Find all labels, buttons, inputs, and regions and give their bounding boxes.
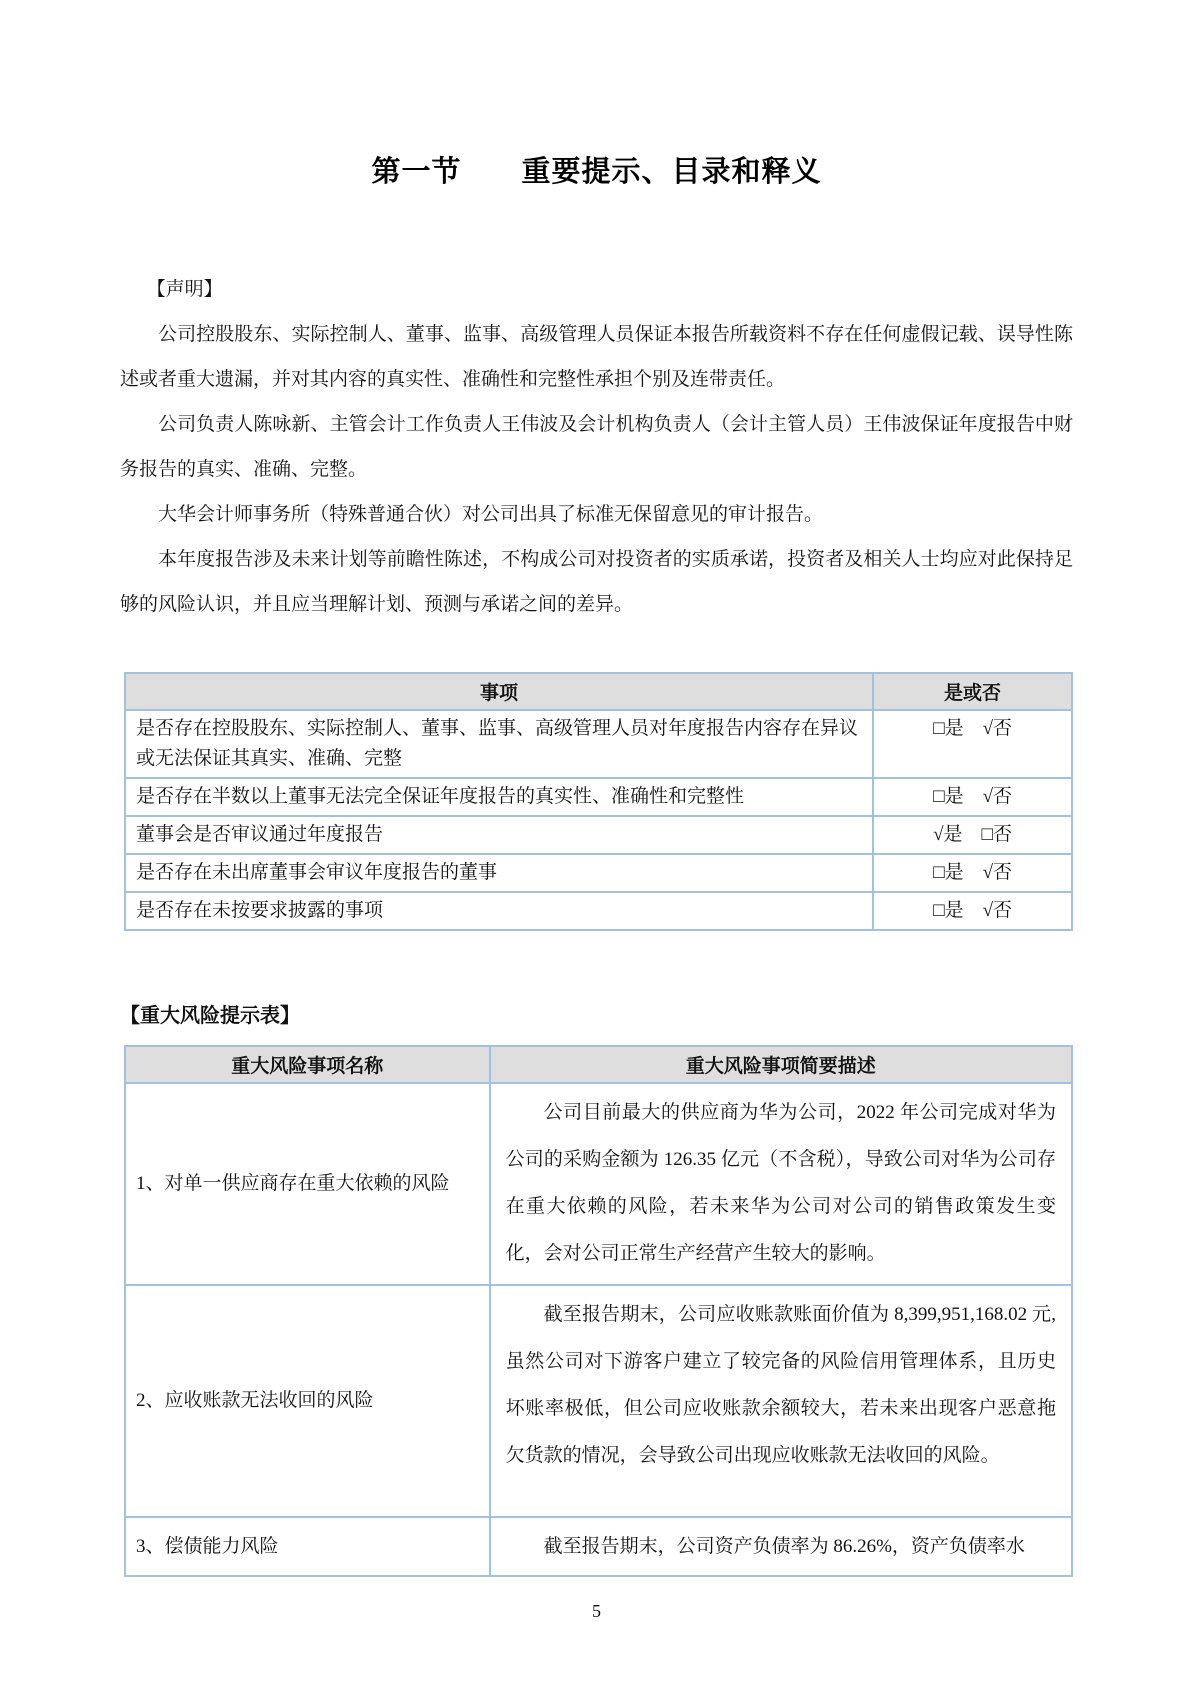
statement-table-header-item: 事项 <box>125 673 873 710</box>
declaration-paragraph: 公司负责人陈咏新、主管会计工作负责人王伟波及会计机构负责人（会计主管人员）王伟波… <box>120 402 1073 492</box>
table-row: 是否存在控股股东、实际控制人、董事、监事、高级管理人员对年度报告内容存在异议或无… <box>125 710 1072 778</box>
risk-table: 重大风险事项名称 重大风险事项简要描述 1、对单一供应商存在重大依赖的风险 公司… <box>124 1045 1073 1577</box>
statement-item: 是否存在半数以上董事无法完全保证年度报告的真实性、准确性和完整性 <box>125 778 873 816</box>
statement-item: 是否存在未出席董事会审议年度报告的董事 <box>125 854 873 892</box>
declaration-paragraph: 本年度报告涉及未来计划等前瞻性陈述，不构成公司对投资者的实质承诺，投资者及相关人… <box>120 537 1073 627</box>
risk-description: 公司目前最大的供应商为华为公司，2022 年公司完成对华为公司的采购金额为 12… <box>490 1083 1072 1285</box>
statement-item: 是否存在控股股东、实际控制人、董事、监事、高级管理人员对年度报告内容存在异议或无… <box>125 710 873 778</box>
table-row: 董事会是否审议通过年度报告 √是 □否 <box>125 816 1072 854</box>
risk-table-header-row: 重大风险事项名称 重大风险事项简要描述 <box>125 1046 1072 1083</box>
risk-section-heading: 【重大风险提示表】 <box>120 1001 1073 1031</box>
table-row: 是否存在未出席董事会审议年度报告的董事 □是 √否 <box>125 854 1072 892</box>
declaration-paragraph: 公司控股股东、实际控制人、董事、监事、高级管理人员保证本报告所载资料不存在任何虚… <box>120 312 1073 402</box>
statement-item: 是否存在未按要求披露的事项 <box>125 892 873 930</box>
statement-item: 董事会是否审议通过年度报告 <box>125 816 873 854</box>
document-page: 第一节 重要提示、目录和释义 【声明】 公司控股股东、实际控制人、董事、监事、高… <box>0 0 1200 1623</box>
statement-table: 事项 是或否 是否存在控股股东、实际控制人、董事、监事、高级管理人员对年度报告内… <box>124 672 1073 931</box>
table-row: 1、对单一供应商存在重大依赖的风险 公司目前最大的供应商为华为公司，2022 年… <box>125 1083 1072 1285</box>
page-number: 5 <box>120 1599 1073 1623</box>
risk-name: 3、偿债能力风险 <box>125 1517 490 1576</box>
statement-answer: □是 √否 <box>873 892 1072 930</box>
table-row: 是否存在半数以上董事无法完全保证年度报告的真实性、准确性和完整性 □是 √否 <box>125 778 1072 816</box>
statement-answer: □是 √否 <box>873 854 1072 892</box>
table-row: 3、偿债能力风险 截至报告期末，公司资产负债率为 86.26%，资产负债率水 <box>125 1517 1072 1576</box>
statement-answer: □是 √否 <box>873 778 1072 816</box>
statement-table-header-answer: 是或否 <box>873 673 1072 710</box>
risk-name: 1、对单一供应商存在重大依赖的风险 <box>125 1083 490 1285</box>
risk-name: 2、应收账款无法收回的风险 <box>125 1285 490 1517</box>
table-row: 是否存在未按要求披露的事项 □是 √否 <box>125 892 1072 930</box>
statement-answer: √是 □否 <box>873 816 1072 854</box>
declaration-heading: 【声明】 <box>120 267 1073 312</box>
section-title: 第一节 重要提示、目录和释义 <box>120 152 1073 192</box>
statement-answer: □是 √否 <box>873 710 1072 778</box>
risk-table-header-desc: 重大风险事项简要描述 <box>490 1046 1072 1083</box>
declaration-paragraph: 大华会计师事务所（特殊普通合伙）对公司出具了标准无保留意见的审计报告。 <box>120 492 1073 537</box>
risk-description: 截至报告期末，公司应收账款账面价值为 8,399,951,168.02 元,虽然… <box>490 1285 1072 1517</box>
risk-description: 截至报告期末，公司资产负债率为 86.26%，资产负债率水 <box>490 1517 1072 1576</box>
statement-table-header-row: 事项 是或否 <box>125 673 1072 710</box>
table-row: 2、应收账款无法收回的风险 截至报告期末，公司应收账款账面价值为 8,399,9… <box>125 1285 1072 1517</box>
risk-table-header-name: 重大风险事项名称 <box>125 1046 490 1083</box>
